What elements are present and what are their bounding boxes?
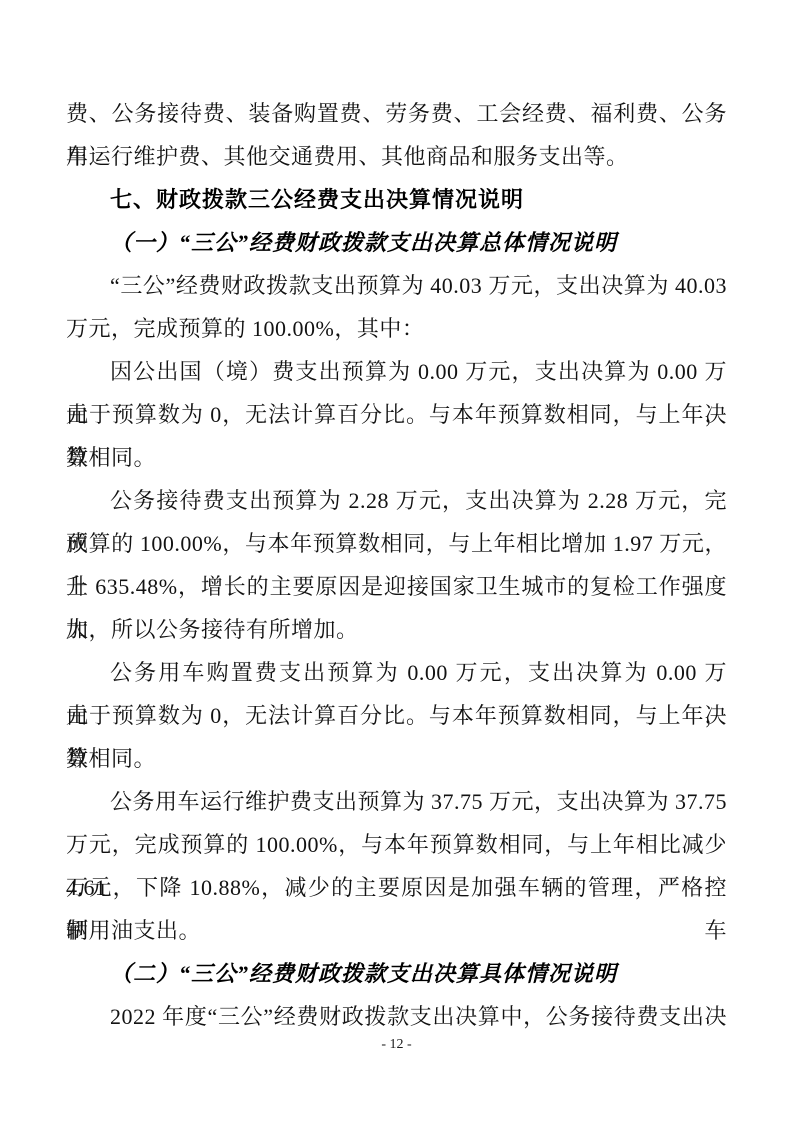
page-number: - 12 - <box>0 1034 793 1056</box>
section-heading: 七、财政拨款三公经费支出决算情况说明 <box>66 178 727 221</box>
text-line: 数相同。 <box>66 737 727 780</box>
text-line: 车运行维护费、其他交通费用、其他商品和服务支出等。 <box>66 135 727 178</box>
text-line: 公务用车运行维护费支出预算为 37.75 万元，支出决算为 37.75 <box>66 780 727 823</box>
text-line: 因公出国（境）费支出预算为 0.00 万元，支出决算为 0.00 万元， <box>66 350 727 393</box>
text-line: 万元，下降 10.88%，减少的主要原因是加强车辆的管理，严格控制车 <box>66 866 727 909</box>
text-line: 预算的 100.00%，与本年预算数相同，与上年相比增加 1.97 万元，上 <box>66 522 727 565</box>
text-line: 大，所以公务接待有所增加。 <box>66 608 727 651</box>
text-line: 公务用车购置费支出预算为 0.00 万元，支出决算为 0.00 万元， <box>66 651 727 694</box>
text-line: 费、公务接待费、装备购置费、劳务费、工会经费、福利费、公务用 <box>66 92 727 135</box>
subsection-heading: （一）“三公”经费财政拨款支出决算总体情况说明 <box>66 221 727 264</box>
document-body: 费、公务接待费、装备购置费、劳务费、工会经费、福利费、公务用车运行维护费、其他交… <box>66 92 727 1038</box>
text-line: 升 635.48%，增长的主要原因是迎接国家卫生城市的复检工作强度加 <box>66 565 727 608</box>
document-page: 费、公务接待费、装备购置费、劳务费、工会经费、福利费、公务用车运行维护费、其他交… <box>0 0 793 1122</box>
text-line: 由于预算数为 0，无法计算百分比。与本年预算数相同，与上年决算 <box>66 393 727 436</box>
text-line: 由于预算数为 0，无法计算百分比。与本年预算数相同，与上年决算 <box>66 694 727 737</box>
text-line: 万元，完成预算的 100.00%，与本年预算数相同，与上年相比减少 4.61 <box>66 823 727 866</box>
text-line: 公务接待费支出预算为 2.28 万元，支出决算为 2.28 万元，完成 <box>66 479 727 522</box>
text-line: 数相同。 <box>66 436 727 479</box>
text-line: “三公”经费财政拨款支出预算为 40.03 万元，支出决算为 40.03 <box>66 264 727 307</box>
text-line: 万元，完成预算的 100.00%，其中： <box>66 307 727 350</box>
text-line: 2022 年度“三公”经费财政拨款支出决算中，公务接待费支出决 <box>66 995 727 1038</box>
subsection-heading: （二）“三公”经费财政拨款支出决算具体情况说明 <box>66 952 727 995</box>
